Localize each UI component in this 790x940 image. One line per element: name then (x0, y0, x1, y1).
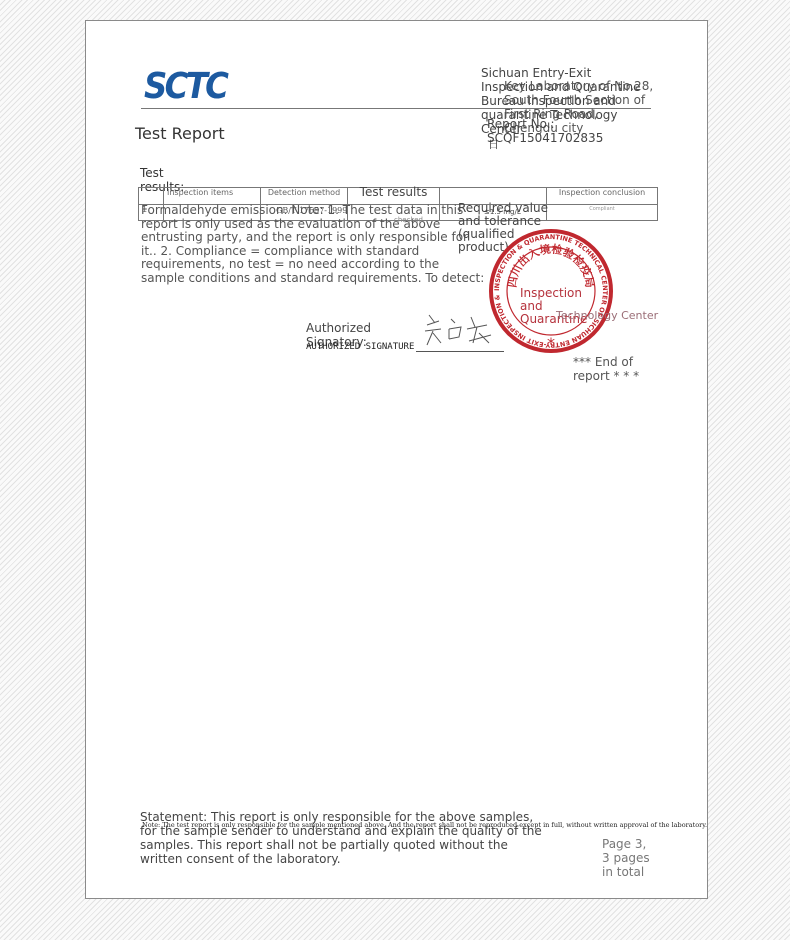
report-number-label: Report No.: (487, 117, 555, 131)
handwritten-signature-icon (421, 309, 501, 351)
stray-glyph: 日 (488, 136, 499, 152)
results-note: Formaldehyde emission. Note: 1. The test… (141, 204, 486, 285)
end-of-report: *** End of report * * * (573, 355, 653, 383)
page-number: Page 3, 3 pages in total (602, 837, 652, 879)
page-title: Test Report (135, 124, 225, 143)
requirement-value: ≤1.5 mg/L (484, 208, 521, 216)
header-test-results: Test results (348, 188, 440, 205)
standard-reference: GB/T 17657-1999 (276, 206, 347, 215)
report-number: SCQF15041702835 (487, 131, 603, 145)
svg-text:*: * (547, 334, 555, 353)
test-result-value: checked (394, 216, 423, 224)
note-continuation: is only used as the evaluation of the ab… (141, 217, 484, 285)
report-page: SCTC Test Report Sichuan Entry-Exit Insp… (85, 20, 708, 899)
footer-note: Note: The test report is only responsibl… (142, 822, 652, 829)
sctc-logo: SCTC (144, 69, 226, 105)
footer-statement: Statement: This report is only responsib… (140, 810, 550, 866)
stamp-overlay-text-2: Technology Center (556, 309, 658, 322)
header-detection-method: Detection method (261, 188, 348, 205)
authorized-signature-mono: AUTHORIZED SIGNATURE (306, 342, 414, 352)
signature-line (416, 351, 504, 352)
header-inspection-items: Inspection items (164, 188, 261, 205)
table-header-row: Inspection items Detection method Test r… (139, 188, 658, 205)
header-index (139, 188, 164, 205)
